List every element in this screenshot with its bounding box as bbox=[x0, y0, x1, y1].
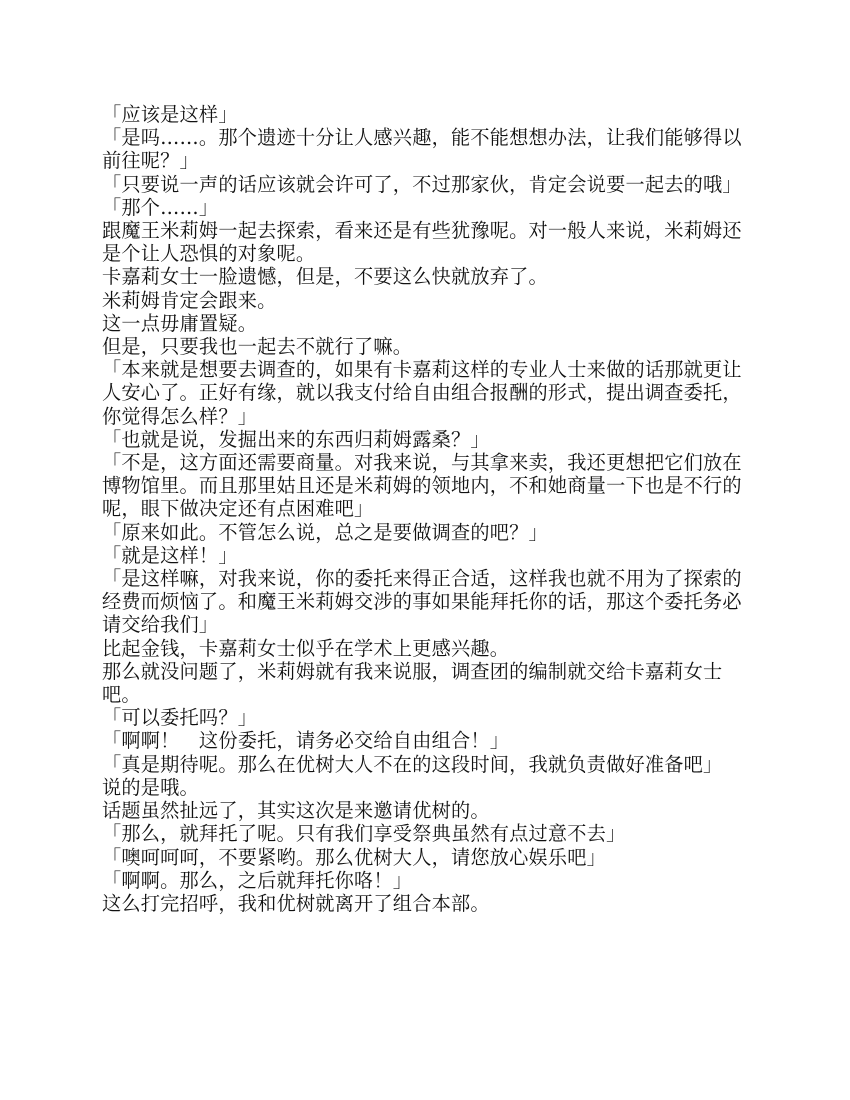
paragraph: 话题虽然扯远了，其实这次是来邀请优树的。 bbox=[102, 799, 752, 822]
paragraph: 那么就没问题了，米莉姆就有我来说服，调查团的编制就交给卡嘉莉女士吧。 bbox=[102, 660, 752, 706]
paragraph: 「原来如此。不管怎么说，总之是要做调查的吧？」 bbox=[102, 521, 752, 544]
paragraph: 「那个……」 bbox=[102, 196, 752, 219]
paragraph: 「噢呵呵呵，不要紧哟。那么优树大人，请您放心娱乐吧」 bbox=[102, 846, 752, 869]
paragraph: 「是这样嘛，对我来说，你的委托来得正合适，这样我也就不用为了探索的经费而烦恼了。… bbox=[102, 567, 752, 637]
paragraph: 「本来就是想要去调查的，如果有卡嘉莉这样的专业人士来做的话那就更让人安心了。正好… bbox=[102, 358, 752, 428]
paragraph: 「啊啊！ 这份委托，请务必交给自由组合！」 bbox=[102, 729, 752, 752]
paragraph: 这么打完招呼，我和优树就离开了组合本部。 bbox=[102, 892, 752, 915]
paragraph: 「只要说一声的话应该就会许可了，不过那家伙，肯定会说要一起去的哦」 bbox=[102, 173, 752, 196]
paragraph: 比起金钱，卡嘉莉女士似乎在学术上更感兴趣。 bbox=[102, 637, 752, 660]
document-page: 「应该是这样」 「是吗……。那个遗迹十分让人感兴趣，能不能想想办法，让我们能够得… bbox=[102, 103, 752, 915]
paragraph: 「就是这样！」 bbox=[102, 544, 752, 567]
paragraph: 「可以委托吗？」 bbox=[102, 706, 752, 729]
paragraph: 跟魔王米莉姆一起去探索，看来还是有些犹豫呢。对一般人来说，米莉姆还是个让人恐惧的… bbox=[102, 219, 752, 265]
paragraph: 说的是哦。 bbox=[102, 776, 752, 799]
paragraph: 这一点毋庸置疑。 bbox=[102, 312, 752, 335]
paragraph: 「不是，这方面还需要商量。对我来说，与其拿来卖，我还更想把它们放在博物馆里。而且… bbox=[102, 451, 752, 521]
paragraph: 「啊啊。那么，之后就拜托你咯！」 bbox=[102, 869, 752, 892]
paragraph: 米莉姆肯定会跟来。 bbox=[102, 289, 752, 312]
paragraph: 「应该是这样」 bbox=[102, 103, 752, 126]
paragraph: 卡嘉莉女士一脸遗憾，但是，不要这么快就放弃了。 bbox=[102, 265, 752, 288]
paragraph: 「真是期待呢。那么在优树大人不在的这段时间，我就负责做好准备吧」 bbox=[102, 753, 752, 776]
paragraph: 「也就是说，发掘出来的东西归莉姆露桑？」 bbox=[102, 428, 752, 451]
paragraph: 但是，只要我也一起去不就行了嘛。 bbox=[102, 335, 752, 358]
paragraph: 「那么，就拜托了呢。只有我们享受祭典虽然有点过意不去」 bbox=[102, 822, 752, 845]
paragraph: 「是吗……。那个遗迹十分让人感兴趣，能不能想想办法，让我们能够得以前往呢？」 bbox=[102, 126, 752, 172]
